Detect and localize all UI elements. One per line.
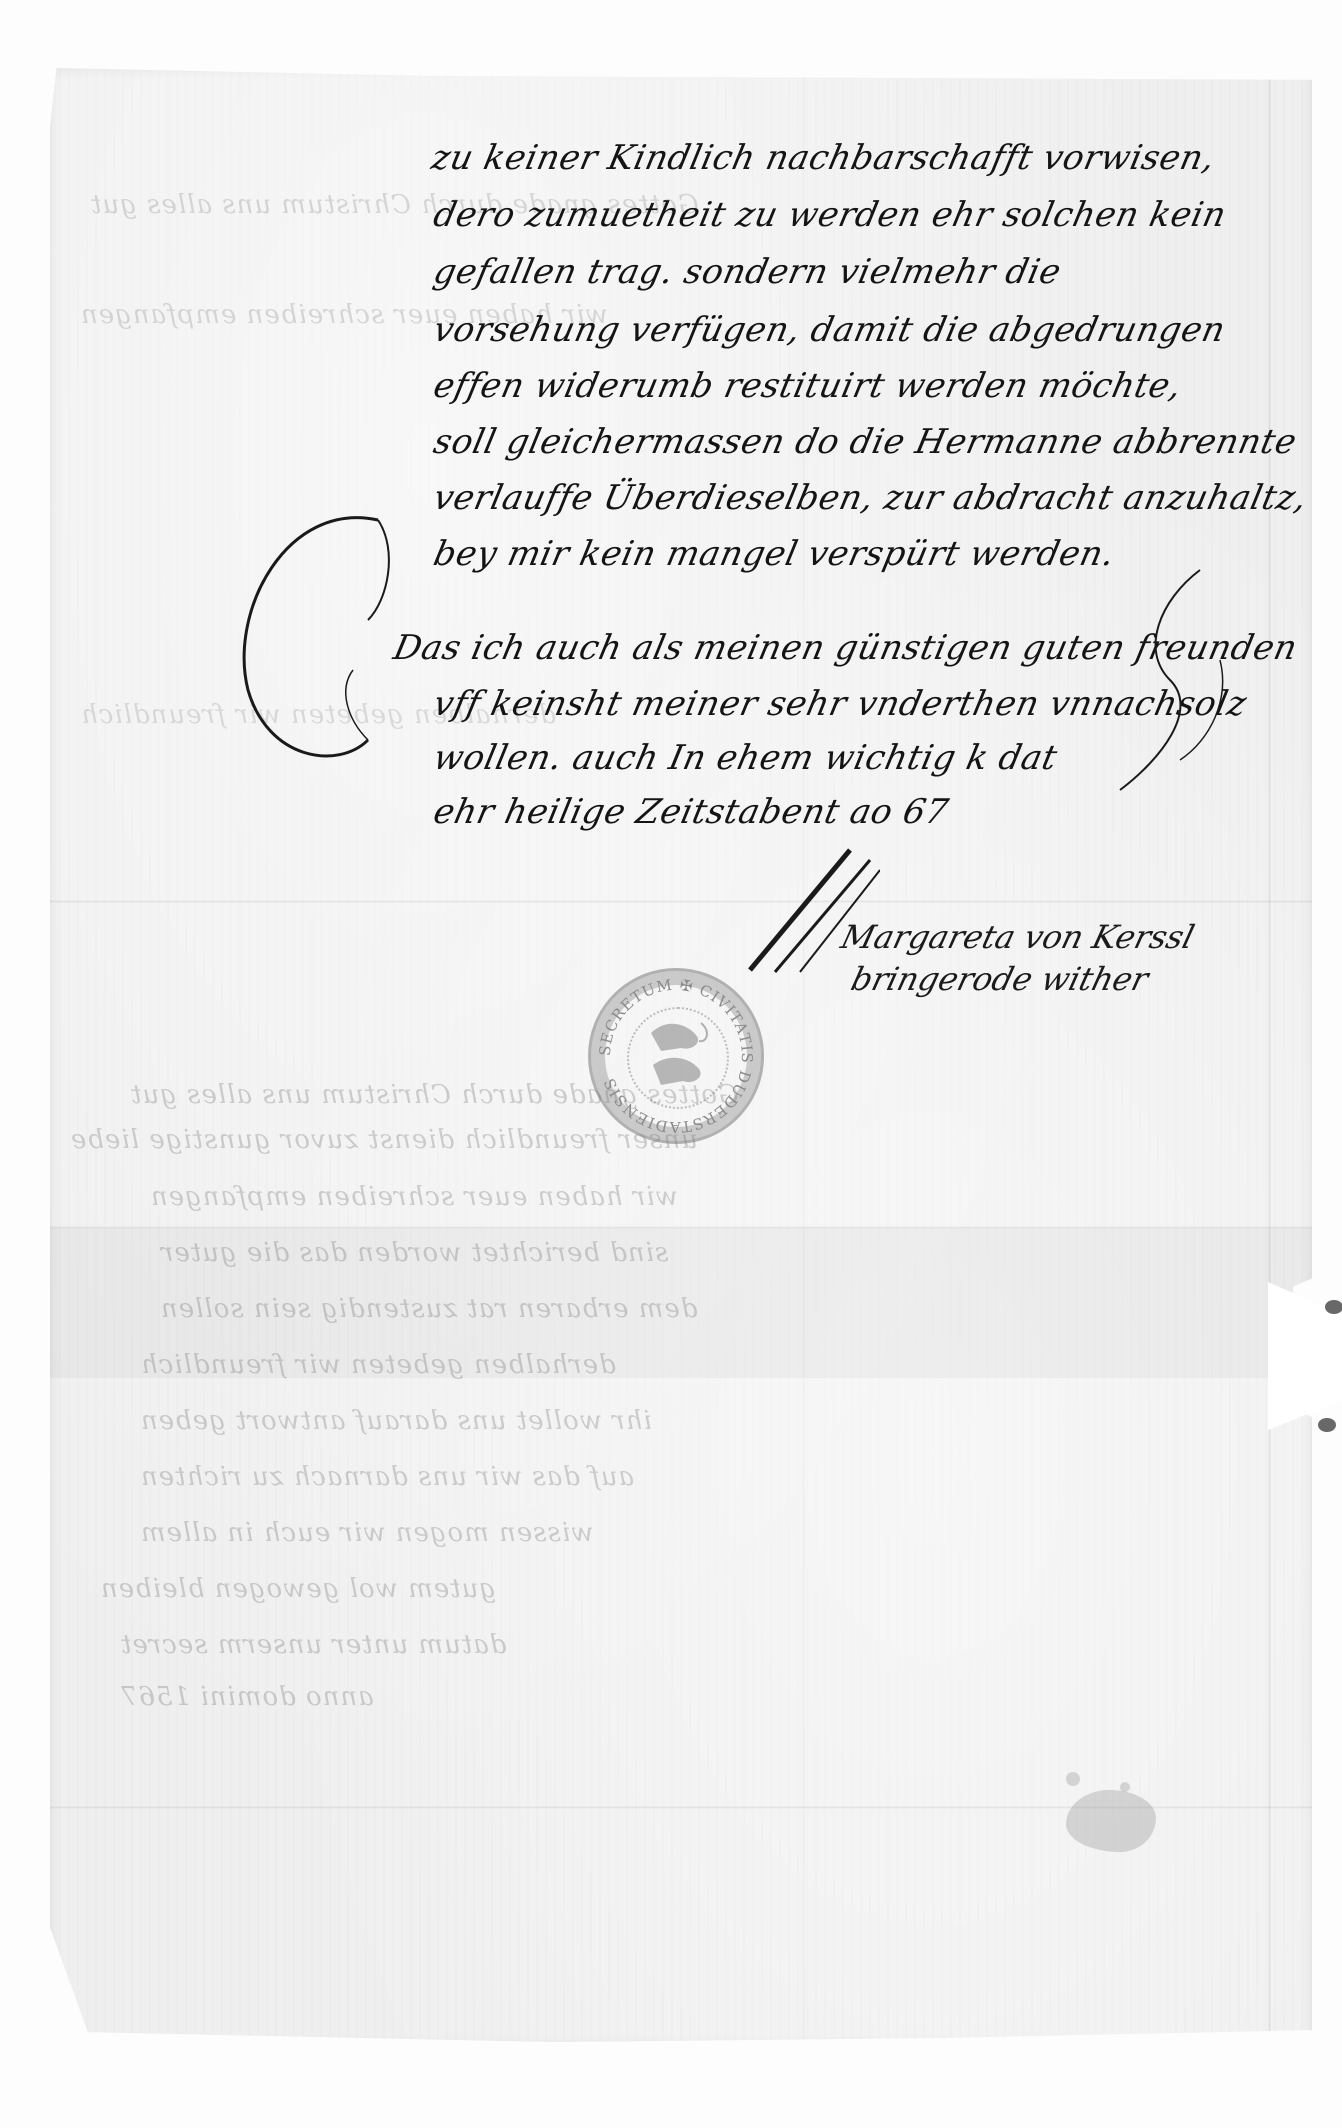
flourish-descender-icon [1100,560,1240,800]
manuscript-line: effen widerumb restituirt werden möchte, [430,366,1185,406]
signature-initial-stroke-icon [730,840,880,980]
bleed-through-line: anno domini 1567 [120,1682,374,1712]
manuscript-line: gefallen trag. sondern vielmehr die [430,252,1065,292]
fold-line-horizontal [50,1226,1312,1229]
bleed-through-line: derhalben gebeten wir freundlich [140,1350,616,1380]
water-stain [1066,1790,1156,1852]
bleed-through-line: gutem wol gewogen bleiben [100,1574,496,1604]
bleed-through-line: wissen mogen wir euch in allem [140,1518,593,1548]
manuscript-line: vorsehung verfügen, damit die abgedrunge… [430,310,1229,350]
manuscript-line: verlauffe Überdieselben, zur abdracht an… [430,478,1311,518]
bleed-through-line: wir haben euer schreiben empfangen [150,1182,678,1212]
closing-line: ehr heilige Zeitstabent ao 67 [430,792,952,832]
water-stain-dot [1066,1772,1080,1786]
bleed-through-line: auf das wir uns darnach zu richten [140,1462,634,1492]
fold-line-horizontal [50,900,1312,903]
water-stain-dot [1120,1782,1130,1792]
lion-emblem-icon [641,1013,713,1101]
manuscript-line: soll gleichermassen do die Hermanne abbr… [430,422,1300,462]
manuscript-line: zu keiner Kindlich nachbarschafft vorwis… [428,138,1219,178]
signature-line-1: Margareta von Kerssl [837,918,1198,956]
fold-line-vertical [802,68,805,2046]
ink-spot [1325,1300,1342,1314]
ink-spot [1318,1418,1336,1432]
manuscript-line: dero zumuetheit zu werden ehr solchen ke… [430,195,1230,235]
bleed-through-line: sind berichtet worden das die guter [160,1238,668,1268]
signature-line-2: bringerode wither [847,960,1152,998]
bleed-through-line: ihr wollet uns darauf antwort geben [140,1406,652,1436]
bleed-through-line: datum unter unserm secret [120,1630,506,1660]
manuscript-line: bey mir kein mangel verspürt werden. [430,534,1118,574]
archive-stamp: SECRETUM ✠ CIVITATIS DUDERSTADIENSIS [588,968,764,1144]
bleed-through-line: dem erbaren rat zustendig sein sollen [160,1294,697,1324]
closing-line: wollen. auch In ehem wichtig k dat [430,738,1061,778]
fold-line-vertical [1268,68,1271,2046]
